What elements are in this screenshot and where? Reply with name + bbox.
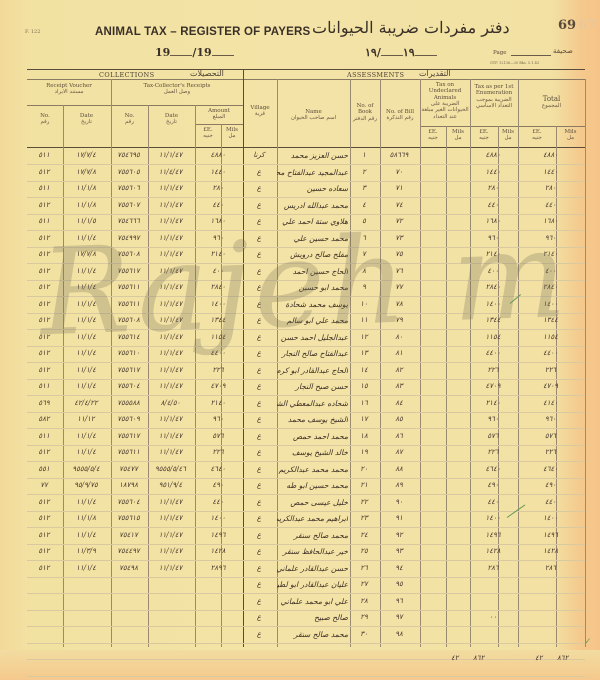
header-village: Villageقرية [243, 105, 277, 118]
table-row: ٥١٢١١/١/٤٧٥٤١٧١١/١/٤٧١٤٩٦عمحمد صالح سنقر… [27, 529, 585, 544]
table-row: ٧٧٩٥/٩/٧٥١٨٧٩٨٩٥١/٩/٤٤٩٠عمحمد حسين ابو ط… [27, 479, 585, 494]
table-top-border [27, 69, 585, 70]
cell-village: ع [243, 366, 275, 374]
cell-village: ع [243, 184, 275, 192]
cell-rv-no: ٥٥١ [27, 465, 61, 473]
cell-village: ع [243, 432, 275, 440]
cell-bill: ٨٩ [380, 481, 418, 489]
cell-tc-date: ١١/٤/٤٧ [148, 168, 193, 176]
cell-village: ع [243, 250, 275, 258]
cell-book: ٢٩ [350, 613, 378, 621]
cell-tc-no: ٧٥٤٦٦٦ [111, 217, 146, 225]
cell-total: ٤٧٠٩ [518, 382, 583, 390]
cell-total: ٤٤٠ [518, 201, 583, 209]
cell-tc-date: ١١/١/٤٧ [148, 184, 193, 192]
table-row: ٥١٢١١/١/٤٧٥٥٦١٤١١/١/٤٧١١٥٤ععبدالجليل احم… [27, 331, 585, 346]
cell-rv-date: ١١/١/٤ [63, 234, 109, 242]
cell-name: الشيخ يوسف محمد [277, 415, 348, 424]
cell-village: ع [243, 630, 275, 638]
cell-amount: ١٤٢٨ [195, 547, 241, 555]
table-row: ٥٦٩٤٢/٤/٢٢٧٥٥٥٨٨٨/٤/٥٠٢١٤٠عشحاده عبدالمع… [27, 397, 585, 412]
cell-rv-date: ١٧/٧/٨ [63, 168, 109, 176]
cell-tc-date: ١١/١/٤٧ [148, 217, 193, 225]
cell-rv-date: ١١/٣/٩ [63, 547, 109, 555]
cell-tc-no: ٧٥٥٦١١ [111, 448, 146, 456]
table-row: ٥١١١١/١/٤٧٥٥٦١٧١١/١/٤٧٥٧٦عمحمد احمد حمص١… [27, 430, 585, 445]
cell-total: ١٤٩٦ [518, 531, 583, 539]
cell-enum: ٤٨٨٠ [470, 151, 516, 159]
cell-book: ١٢ [350, 333, 378, 341]
cell-book: ٥ [350, 217, 378, 225]
cell-bill: ٩٣ [380, 547, 418, 555]
cell-rv-no: ٥١٢ [27, 547, 61, 555]
cell-book: ١٧ [350, 415, 378, 423]
cell-name: محمد محمد عبدالكريم [277, 465, 348, 474]
cell-village: ع [243, 465, 275, 473]
cell-village: ع [243, 217, 275, 225]
cell-village: ع [243, 415, 275, 423]
cell-book: ٢٥ [350, 547, 378, 555]
page-label: Page [493, 50, 507, 56]
header-total-mils: Milsمل [556, 129, 585, 142]
cell-total: ١١٥٤ [518, 333, 583, 341]
cell-rv-date: ١١/١/٤ [63, 283, 109, 291]
cell-rv-date: ١١/١/٤ [63, 349, 109, 357]
header-amount-le: £E.جنيه [195, 127, 221, 140]
cell-amount: ٢٨٤٠ [195, 283, 241, 291]
cell-total: ٥٧٦ [518, 432, 583, 440]
cell-bill: ٨٠ [380, 333, 418, 341]
cell-total: ٢٨٠ [518, 184, 583, 192]
form-number: F. 122 [25, 29, 40, 35]
cell-book: ١ [350, 151, 378, 159]
cell-rv-date: ١١/١/٨ [63, 514, 109, 522]
cell-village: ع [243, 514, 275, 522]
header-tax-first-enum: Tax as per 1st Enumerationالضريبة بموجب … [470, 84, 518, 109]
cell-village: ع [243, 283, 275, 291]
cell-bill: ٩٢ [380, 531, 418, 539]
cell-village: ع [243, 333, 275, 341]
cell-rv-no: ٥١٢ [27, 366, 61, 374]
cell-enum: ٤٤٠ [470, 201, 516, 209]
cell-tc-no: ٧٥٥٦١١ [111, 283, 146, 291]
cell-village: ع [243, 168, 275, 176]
cell-enum: ٤٠٠ [470, 267, 516, 275]
cell-village: ع [243, 448, 275, 456]
table-row: ٥١٢١١/١/٤٧٥٤٩٨١١/١/٤٧٢٨٩٦عحسن عبدالقادر … [27, 562, 585, 577]
cell-rv-no: ٥١٢ [27, 531, 61, 539]
cell-enum: ٤٤٠٠ [470, 349, 516, 357]
cell-book: ٢١ [350, 481, 378, 489]
cell-total: ٤٦٤٠ [518, 465, 583, 473]
cell-bill: ٩١ [380, 514, 418, 522]
cell-amount: ٤٧٠٩ [195, 382, 241, 390]
cell-village: ع [243, 316, 275, 324]
cell-name: هلاوي ستة احمد علي [277, 217, 348, 226]
year-arabic: ١٩/١٩ [365, 46, 437, 59]
table-row: ٥١٢١١/١/٤٧٥٥٦١٠١١/١/٤٧٤٤٠٠ععبدالفتاح صال… [27, 347, 585, 362]
cell-enum: ٢١٤٠ [470, 250, 516, 258]
cell-tc-date: ١١/١/٤٧ [148, 382, 193, 390]
cell-tc-no: ٧٥٥٦١٤ [111, 333, 146, 341]
cell-enum: ٤٤٠ [470, 498, 516, 506]
cell-rv-date: ١١/١/٤ [63, 448, 109, 456]
cell-total: ٤٤٠ [518, 498, 583, 506]
page-label-arabic: صحيفة [553, 47, 573, 55]
cell-bill: ٩٥ [380, 580, 418, 588]
cell-bill: ٩٧ [380, 613, 418, 621]
cell-total: ١٣٤٤ [518, 316, 583, 324]
cell-amount: ١٦٨٠ [195, 217, 241, 225]
table-row: ٥١٢١١/١/٤٧٥٥٦١٧١١/١/٤٧٢٢٦عالحاج عبدالقاد… [27, 364, 585, 379]
blank-line [212, 46, 234, 56]
cell-enum: ٢٨٠ [470, 184, 516, 192]
cell-rv-no: ٥١٢ [27, 564, 61, 572]
cell-enum: ١٤٩٦ [470, 531, 516, 539]
table-row: ٥١٢١١/١/٤٧٥٥٦٠٤١١/١/٤٧٤٤٠عخليل عيسى حمص٢… [27, 496, 585, 511]
cell-book: ١٦ [350, 399, 378, 407]
cell-rv-no: ٥١١ [27, 382, 61, 390]
cell-rv-no: ٥١٢ [27, 316, 61, 324]
cell-bill: ٨٧ [380, 448, 418, 456]
cell-rv-date: ١١/١/٤ [63, 333, 109, 341]
cell-name: عبدالمجيد عبدالفتاح محمد [277, 168, 348, 177]
cell-rv-no: ٥١٢ [27, 283, 61, 291]
cell-bill: ٩٠ [380, 498, 418, 506]
header-tax-collector-receipts: Tax-Collector's Receiptsوصل العمل [111, 83, 243, 96]
cell-name: حسن عبدالقادر علماني [277, 564, 348, 573]
subheader-divider [27, 105, 243, 106]
cell-enum: ٢١٤٠ [470, 399, 516, 407]
cell-tc-date: ١١/١/٤٧ [148, 316, 193, 324]
cell-tc-date: ٨/٤/٥٠ [148, 399, 193, 407]
cell-tc-no: ٧٥٤١٧ [111, 531, 146, 539]
register-table: COLLECTIONS التحصيلات ASSESSMENTS التقدي… [27, 69, 585, 647]
cell-total: ٤٩٠ [518, 481, 583, 489]
cell-enum: ٠٠ [470, 613, 516, 621]
cell-tc-date: ١١/١/٤٧ [148, 531, 193, 539]
cell-book: ١٥ [350, 382, 378, 390]
cell-enum: ٤٧٠٩ [470, 382, 516, 390]
cell-rv-date: ١١/١٢ [63, 415, 109, 423]
cell-tc-date: ١١/١/٤٧ [148, 300, 193, 308]
page-title-arabic: دفتر مفردات ضريبة الحيوانات [312, 18, 510, 37]
cell-book: ١٩ [350, 448, 378, 456]
cell-name: حسن العزيز محمد [277, 151, 348, 160]
header-und-mils: Milsمل [446, 129, 470, 142]
cell-name: حسن صبح النجار [277, 382, 348, 391]
cell-bill: ٩٦ [380, 597, 418, 605]
cell-village: ع [243, 597, 275, 605]
cell-bill: ٧٨ [380, 300, 418, 308]
cell-book: ٧ [350, 250, 378, 258]
cell-total: ٢٨٦ [518, 564, 583, 572]
cell-village: ع [243, 531, 275, 539]
blank-line [381, 46, 403, 56]
cell-amount: ١٤٩٦ [195, 531, 241, 539]
cell-book: ٢٦ [350, 564, 378, 572]
cell-name: محمد عبدالله ادريس [277, 201, 348, 210]
cell-village: ع [243, 564, 275, 572]
table-row: ٥١٢١٧/٧/٨٧٥٥٦٠٥١١/٤/٤٧١٤٤٠ععبدالمجيد عبد… [27, 166, 585, 181]
cell-book: ٢٢ [350, 498, 378, 506]
cell-village: ع [243, 201, 275, 209]
cell-village: ع [243, 399, 275, 407]
cell-total: ١٤٠٠ [518, 514, 583, 522]
cell-rv-no: ٥١٢ [27, 349, 61, 357]
header-rv-no: No.رقم [27, 113, 63, 126]
cell-amount: ٤٤٠٠ [195, 349, 241, 357]
cell-village: ع [243, 613, 275, 621]
cell-village: ع [243, 234, 275, 242]
cell-enum: ٩٦٠ [470, 234, 516, 242]
cell-tc-no: ٧٥٤٧٧ [111, 465, 146, 473]
cell-name: ابراهيم محمد عبدالكريم [277, 514, 348, 523]
cell-rv-date: ١١/١/٨ [63, 184, 109, 192]
cell-bill: ٧٢ [380, 217, 418, 225]
cell-tc-date: ١١/١/٤٧ [148, 448, 193, 456]
cell-village: ع [243, 349, 275, 357]
cell-tc-no: ٧٥٥٦١٧ [111, 366, 146, 374]
collections-title: COLLECTIONS [99, 71, 154, 79]
cell-tc-no: ٧٥٤٦٩٥ [111, 151, 146, 159]
cell-book: ١٨ [350, 432, 378, 440]
cell-amount: ٤٤٠ [195, 201, 241, 209]
cell-bill: ٧٧ [380, 283, 418, 291]
year-ar-end: /١٩ [365, 46, 381, 59]
table-row: ٥١٢١١/١/٤٧٥٥٦١٧١١/١/٤٧٤٠٠عالحاج حسين احم… [27, 265, 585, 280]
cell-total: ٩٦٠ [518, 234, 583, 242]
cell-total: ١٤٠٠ [518, 300, 583, 308]
table-row: ععلي ابو محمد علماني٢٨٩٦ [27, 595, 585, 610]
cell-enum: ٤٦٤٠ [470, 465, 516, 473]
cell-name: علي ابو محمد علماني [277, 597, 348, 606]
cell-book: ١١ [350, 316, 378, 324]
cell-bill: ٧٩ [380, 316, 418, 324]
cell-tc-no: ٧٥٥٦١٧ [111, 267, 146, 275]
header-amount-mils: Milsمل [221, 127, 243, 140]
cell-name: عليان عبدالقادر ابو لطيفة [277, 580, 348, 589]
cell-bill: ٨٨ [380, 465, 418, 473]
cell-rv-no: ٥١٢ [27, 333, 61, 341]
cell-rv-date: ١٧/٧/٨ [63, 250, 109, 258]
cell-enum: ١٣٤٤ [470, 316, 516, 324]
cell-bill: ٩٨ [380, 630, 418, 638]
table-row: ٥١٢١١/١/٨٧٥٥٦٠٧١١/١/٤٧٤٤٠عمحمد عبدالله ا… [27, 199, 585, 214]
cell-tc-date: ١١/١/٤٧ [148, 547, 193, 555]
cell-bill: ٧٦ [380, 267, 418, 275]
cell-book: ٢٨ [350, 597, 378, 605]
cell-name: خير عبدالحافظ سنقر [277, 547, 348, 556]
table-row: ٥١٢١١/١/٤٧٥٥٦١١١١/١/٤٧١٤٠٠عيوسف محمد شحا… [27, 298, 585, 313]
header-enum-le: £E.جنيه [470, 129, 498, 142]
header-book-no: No. of Bookرقم الدفتر [350, 103, 380, 122]
cell-tc-no: ٧٥٥٦١١ [111, 300, 146, 308]
table-row: ععليان عبدالقادر ابو لطيفة٢٧٩٥ [27, 578, 585, 593]
assessments-title: ASSESSMENTS [347, 71, 404, 79]
check-mark-icon: ✓ [584, 637, 592, 647]
page-number: 6967 [558, 18, 596, 33]
cell-rv-no: ٥١١ [27, 217, 61, 225]
cell-village: كرنا [243, 151, 275, 159]
total-le: ٤٢ [535, 654, 543, 662]
cell-book: ٢٠ [350, 465, 378, 473]
cell-book: ٢٤ [350, 531, 378, 539]
page-number-faint: 67 [578, 18, 596, 33]
cell-tc-no: ٧٥٤٤٩٧ [111, 547, 146, 555]
table-row: عمحمد صالح سنقر٣٠٩٨ [27, 628, 585, 643]
cell-amount: ٢٨٠ [195, 184, 241, 192]
cell-amount: ٢١٤٠ [195, 399, 241, 407]
cell-tc-date: ١١/١/٤٧ [148, 498, 193, 506]
cell-rv-no: ٥١٢ [27, 300, 61, 308]
header-total-le: £E.جنيه [518, 129, 556, 142]
cell-tc-date: ١١/١/٤٧ [148, 514, 193, 522]
cell-amount: ١٤٤٠ [195, 168, 241, 176]
cell-enum: ٤٩٠ [470, 481, 516, 489]
cell-tc-date: ٩٥١/٩/٤ [148, 481, 193, 489]
cell-rv-date: ١١/١/٤ [63, 267, 109, 275]
header-name: Nameاسم صاحب الحيوان [277, 109, 350, 122]
cell-amount: ٢٨٩٦ [195, 564, 241, 572]
table-row: ٥١١١١/١/٨٧٥٥٦٠٦١١/١/٤٧٢٨٠عسعاده حسين٣٧١٢… [27, 182, 585, 197]
table-row: ٥١٢١١/١/٤٧٥٥٦١١١١/١/٤٧٢٢٦عخالد الشيخ يوس… [27, 446, 585, 461]
cell-book: ٩ [350, 283, 378, 291]
page-number-value: 69 [558, 18, 576, 33]
cell-tc-date: ١١/١/٤٧ [148, 250, 193, 258]
cell-enum: ٩٦٠ [470, 415, 516, 423]
cell-total: ٢٨٤٠ [518, 283, 583, 291]
cell-enum: ١١٥٤ [470, 333, 516, 341]
cell-bill: ٧٠ [380, 168, 418, 176]
cell-enum: ١٤٤٠ [470, 168, 516, 176]
cell-rv-date: ١٧/٧/٤ [63, 151, 109, 159]
ruled-line [27, 643, 585, 644]
cell-enum: ١٤٢٨ [470, 547, 516, 555]
assessments-title-arabic: التقديرات [419, 69, 451, 78]
cell-tc-no: ٧٥٥٥٨٨ [111, 399, 146, 407]
cell-amount: ١٣٤٤ [195, 316, 241, 324]
year-english: 19/19 [155, 46, 234, 59]
cell-rv-date: ١١/١/٤ [63, 300, 109, 308]
cell-rv-date: ١١/١/٨ [63, 201, 109, 209]
cell-tc-no: ٧٥٥٦٠٩ [111, 415, 146, 423]
cell-total: ١٤٢٨ [518, 547, 583, 555]
cell-bill: ٧٣ [380, 234, 418, 242]
header-tc-date: Dateتاريخ [148, 113, 195, 126]
cell-tc-date: ١١/١/٤٧ [148, 151, 193, 159]
cell-amount: ٢٢٦ [195, 448, 241, 456]
cell-enum: ٥٧٦ [470, 432, 516, 440]
cell-rv-no: ٥١٢ [27, 267, 61, 275]
cell-name: محمد صالح سنقر [277, 630, 348, 639]
header-enum-mils: Milsمل [498, 129, 518, 142]
cell-rv-date: ١١/١/٤ [63, 316, 109, 324]
cell-name: محمد حسين علي [277, 234, 348, 243]
cell-book: ١٠ [350, 300, 378, 308]
cell-rv-date: ١١/١/٤ [63, 564, 109, 572]
cell-book: ٣ [350, 184, 378, 192]
cell-name: عبدالفتاح صالح النجار [277, 349, 348, 358]
cell-tc-no: ٧٥٥٦٠٤ [111, 498, 146, 506]
cell-rv-date: ٩٥٥٥/٥/٤ [63, 465, 109, 473]
total-mils: ٨٦٢ [557, 654, 568, 662]
cell-total: ٢٢٦ [518, 366, 583, 374]
cell-enum: ٢٢٦ [470, 366, 516, 374]
cell-amount: ٤٤٠ [195, 498, 241, 506]
cell-amount: ٤٦٤٠ [195, 465, 241, 473]
cell-bill: ٨٢ [380, 366, 418, 374]
cell-bill: ٥٨٦٦٩ [380, 151, 418, 159]
blank-line [415, 46, 437, 56]
cell-tc-date: ٩٥٥٥/٥/٤٦ [148, 465, 193, 473]
cell-rv-no: ٥١٢ [27, 168, 61, 176]
cell-tc-no: ٧٥٥٦٠٤ [111, 382, 146, 390]
cell-village: ع [243, 267, 275, 275]
table-row: ٥١٢١١/١/٤٧٥٤٩٩٧١١/١/٤٧٩٦٠عمحمد حسين علي٦… [27, 232, 585, 247]
cell-name: مفلح صالح درويش [277, 250, 348, 259]
cell-total: ٢٢٦ [518, 448, 583, 456]
cell-book: ٤ [350, 201, 378, 209]
cell-rv-date: ٤٢/٤/٢٢ [63, 399, 109, 407]
cell-amount: ١٤٠٠ [195, 300, 241, 308]
page-title: ANIMAL TAX – REGISTER OF PAYERS [95, 26, 310, 38]
cell-name: خالد الشيخ يوسف [277, 448, 348, 457]
cell-rv-date: ١١/١/٤ [63, 531, 109, 539]
cell-name: خليل عيسى حمص [277, 498, 348, 507]
money-divider [420, 126, 585, 127]
cell-rv-no: ٥١٢ [27, 498, 61, 506]
cell-amount: ٤٩٠ [195, 481, 241, 489]
table-row: ٥١٢١١/١/٤٧٥٥٦٠٨١١/١/٤٧١٣٤٤عمحمد علي ابو … [27, 314, 585, 329]
cell-book: ٣٠ [350, 630, 378, 638]
table-row: عصالح صبيح٢٩٩٧٠٠ [27, 611, 585, 626]
cell-tc-date: ١١/١/٤٧ [148, 366, 193, 374]
col-line [585, 79, 586, 647]
printer-note: GTP. 12136—30 Bks. 5.1.43 [490, 61, 539, 65]
cell-bill: ٨٦ [380, 432, 418, 440]
cell-village: ع [243, 547, 275, 555]
cell-rv-no: ٥٦٩ [27, 399, 61, 407]
table-row: ٥١٢١٧/٧/٨٧٥٥٦٠٨١١/١/٤٧٢١٤٠عمفلح صالح درو… [27, 248, 585, 263]
table-row: ٥٨٢١١/١٢٧٥٥٦٠٩١١/١/٤٧٩٦٠عالشيخ يوسف محمد… [27, 413, 585, 428]
collections-title-arabic: التحصيلات [190, 69, 224, 78]
table-row: ٥١٢١١/٣/٩٧٥٤٤٩٧١١/١/٤٧١٤٢٨عخير عبدالحافظ… [27, 545, 585, 560]
cell-tc-date: ١١/١/٤٧ [148, 415, 193, 423]
year-en-start: 19 [155, 46, 170, 59]
table-row: ٥١٢١١/١/٨٧٥٥٦١٥١١/١/٤٧١٤٠٠عابراهيم محمد … [27, 512, 585, 527]
cell-rv-no: ٥١٢ [27, 250, 61, 258]
cell-name: محمد ابو حسين [277, 283, 348, 292]
cell-tc-date: ١١/١/٤٧ [148, 432, 193, 440]
blank-line [170, 46, 192, 56]
cell-name: محمد احمد حمص [277, 432, 348, 441]
cell-book: ٢٧ [350, 580, 378, 588]
cell-village: ع [243, 300, 275, 308]
cell-rv-date: ١١/١/٥ [63, 217, 109, 225]
cell-bill: ٧٥ [380, 250, 418, 258]
cell-enum: ١٦٨٠ [470, 217, 516, 225]
cell-total: ٢١٤٠ [518, 250, 583, 258]
table-row: ٥١٢١١/١/٤٧٥٥٦١١١١/١/٤٧٢٨٤٠عمحمد ابو حسين… [27, 281, 585, 296]
cell-rv-no: ٥١٢ [27, 201, 61, 209]
cell-name: سعاده حسين [277, 184, 348, 193]
table-row: ٥١١١١/١/٥٧٥٤٦٦٦١١/١/٤٧١٦٨٠عهلاوي ستة احم… [27, 215, 585, 230]
cell-tc-date: ١١/١/٤٧ [148, 267, 193, 275]
cell-name: محمد حسين ابو طه [277, 481, 348, 490]
cell-rv-no: ٥١٢ [27, 234, 61, 242]
cell-bill: ٨٥ [380, 415, 418, 423]
